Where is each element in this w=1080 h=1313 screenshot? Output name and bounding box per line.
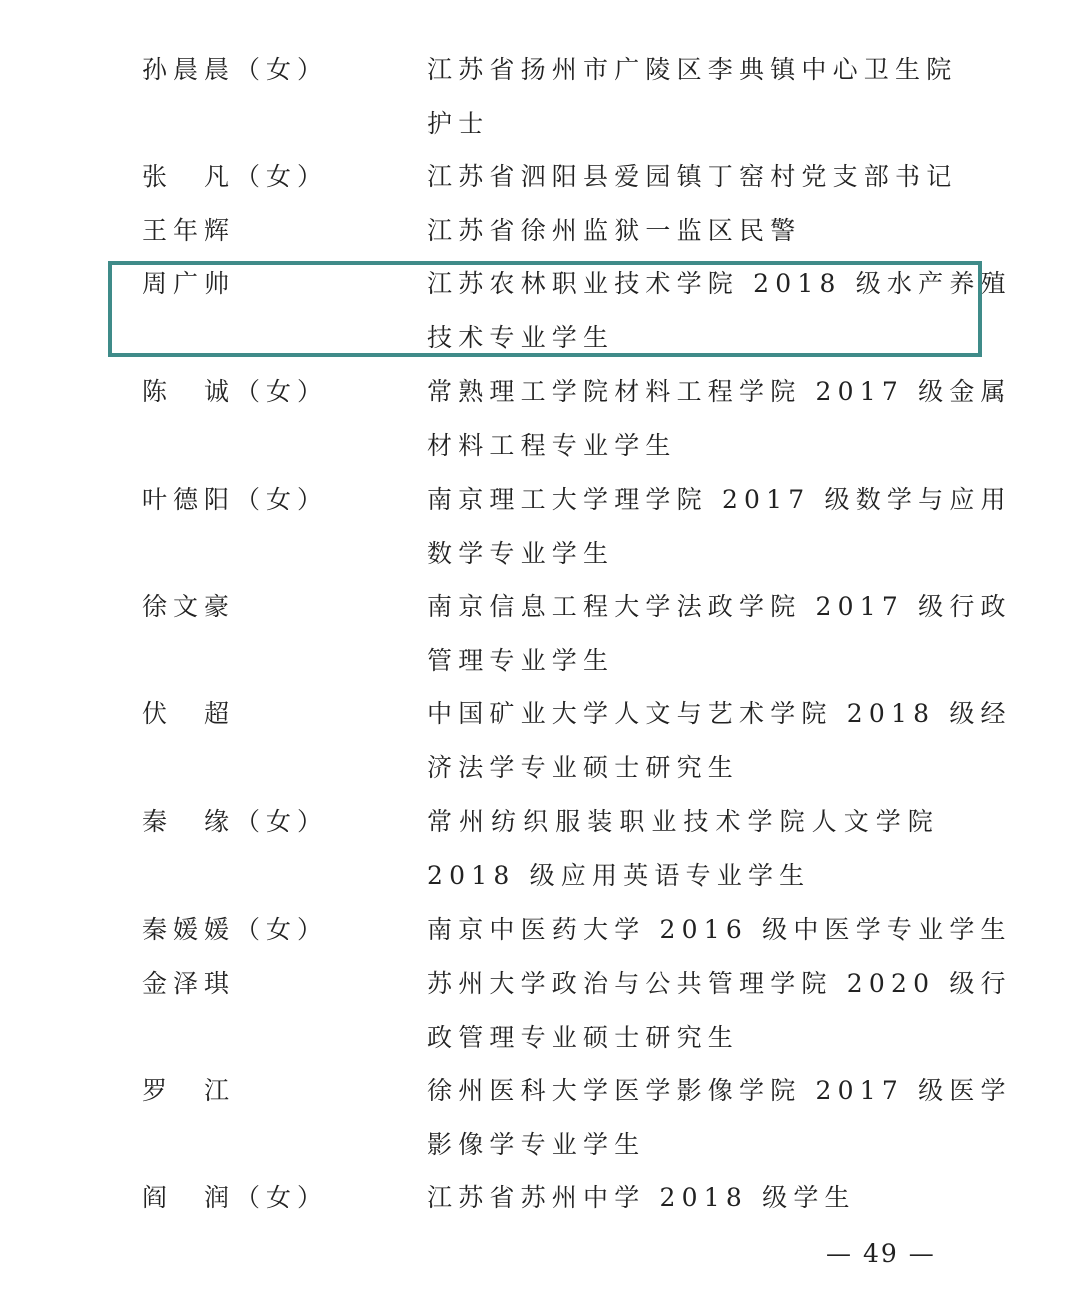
person-description: 江苏省泗阳县爱园镇丁窑村党支部书记 (427, 150, 939, 204)
description-line: 南京信息工程大学法政学院 2017 级行政 (427, 580, 939, 634)
person-description: 江苏省苏州中学 2018 级学生 (427, 1171, 939, 1225)
person-description: 江苏省扬州市广陵区李典镇中心卫生院 护士 (427, 43, 939, 151)
person-description: 江苏农林职业技术学院 2018 级水产养殖 技术专业学生 (427, 257, 939, 365)
person-name: 叶德阳（女） (142, 473, 422, 527)
person-description: 常熟理工学院材料工程学院 2017 级金属 材料工程专业学生 (427, 365, 939, 473)
description-line: 中国矿业大学人文与艺术学院 2018 级经 (427, 687, 939, 741)
person-name: 金泽琪 (142, 957, 422, 1011)
description-line: 江苏省苏州中学 2018 级学生 (427, 1171, 939, 1225)
description-line: 南京理工大学理学院 2017 级数学与应用 (427, 473, 939, 527)
person-description: 中国矿业大学人文与艺术学院 2018 级经 济法学专业硕士研究生 (427, 687, 939, 795)
description-line: 材料工程专业学生 (427, 419, 939, 473)
person-description: 南京信息工程大学法政学院 2017 级行政 管理专业学生 (427, 580, 939, 688)
page-number: — 49 — (826, 1238, 936, 1270)
person-name: 徐文豪 (142, 580, 422, 634)
description-line: 影像学专业学生 (427, 1118, 939, 1172)
description-line: 管理专业学生 (427, 634, 939, 688)
person-name: 孙晨晨（女） (142, 43, 422, 97)
person-name: 阎 润（女） (142, 1171, 422, 1225)
person-name: 罗 江 (142, 1064, 422, 1118)
description-line: 江苏省徐州监狱一监区民警 (427, 204, 939, 258)
person-name: 张 凡（女） (142, 150, 422, 204)
person-name: 秦媛媛（女） (142, 903, 422, 957)
description-line: 济法学专业硕士研究生 (427, 741, 939, 795)
person-name: 陈 诚（女） (142, 365, 422, 419)
description-line: 南京中医药大学 2016 级中医学专业学生 (427, 903, 939, 957)
description-line: 护士 (427, 97, 939, 151)
document-page: 孙晨晨（女） 江苏省扬州市广陵区李典镇中心卫生院 护士 张 凡（女） 江苏省泗阳… (0, 0, 1080, 1313)
description-line: 江苏省泗阳县爱园镇丁窑村党支部书记 (427, 150, 939, 204)
person-description: 江苏省徐州监狱一监区民警 (427, 204, 939, 258)
person-description: 常州纺织服装职业技术学院人文学院 2018 级应用英语专业学生 (427, 795, 939, 903)
person-name: 伏 超 (142, 687, 422, 741)
description-line: 技术专业学生 (427, 311, 939, 365)
description-line: 江苏农林职业技术学院 2018 级水产养殖 (427, 257, 939, 311)
description-line: 江苏省扬州市广陵区李典镇中心卫生院 (427, 43, 939, 97)
person-description: 苏州大学政治与公共管理学院 2020 级行 政管理专业硕士研究生 (427, 957, 939, 1065)
description-line: 徐州医科大学医学影像学院 2017 级医学 (427, 1064, 939, 1118)
person-name: 秦 缘（女） (142, 795, 422, 849)
person-description: 南京理工大学理学院 2017 级数学与应用 数学专业学生 (427, 473, 939, 581)
description-line: 数学专业学生 (427, 527, 939, 581)
person-name: 王年辉 (142, 204, 422, 258)
description-line: 常熟理工学院材料工程学院 2017 级金属 (427, 365, 939, 419)
person-description: 徐州医科大学医学影像学院 2017 级医学 影像学专业学生 (427, 1064, 939, 1172)
person-description: 南京中医药大学 2016 级中医学专业学生 (427, 903, 939, 957)
description-line: 2018 级应用英语专业学生 (427, 849, 939, 903)
description-line: 政管理专业硕士研究生 (427, 1011, 939, 1065)
description-line: 苏州大学政治与公共管理学院 2020 级行 (427, 957, 939, 1011)
person-name: 周广帅 (142, 257, 422, 311)
description-line: 常州纺织服装职业技术学院人文学院 (427, 795, 939, 849)
